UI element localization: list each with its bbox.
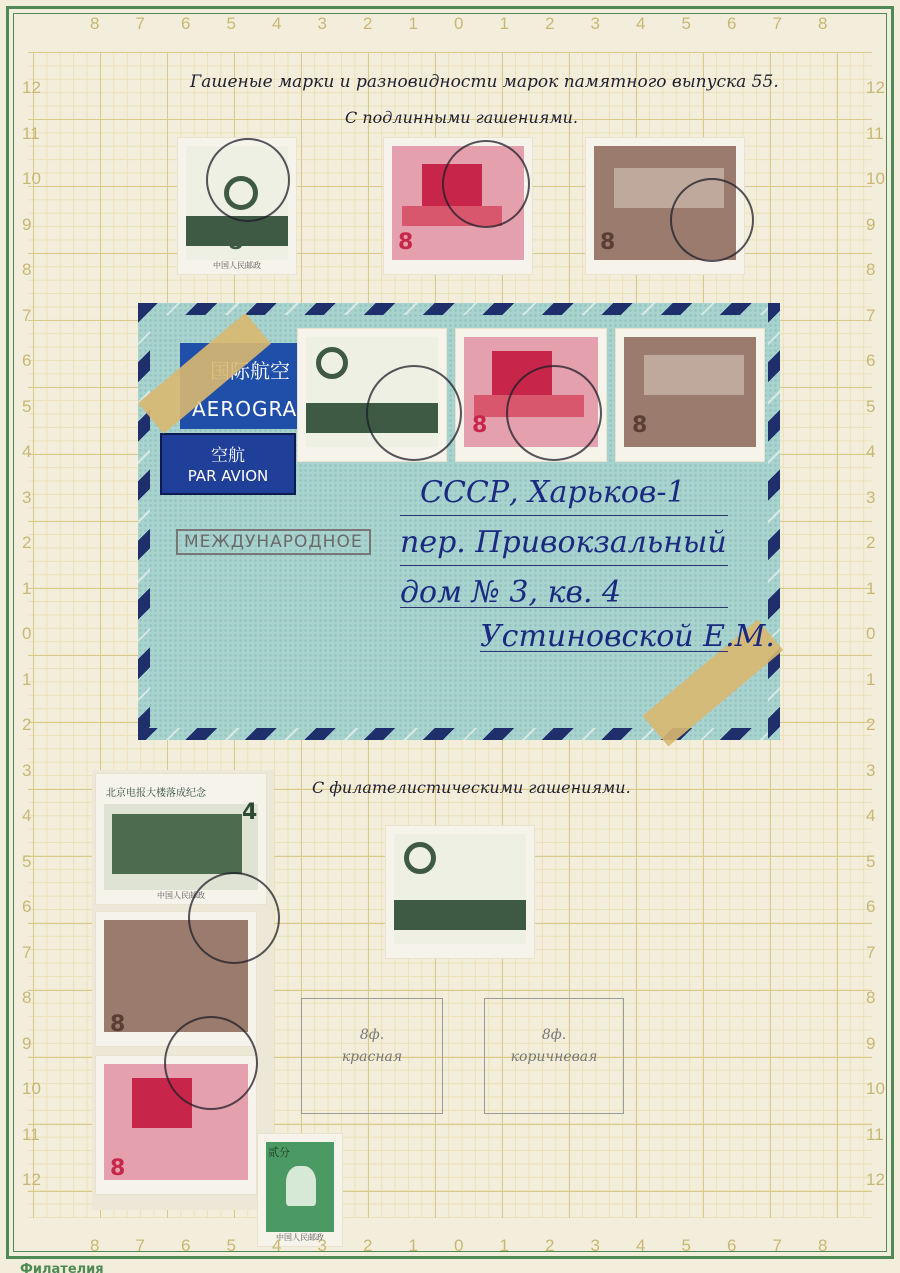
axis-number: 3	[318, 14, 327, 34]
axis-number: 4	[272, 14, 281, 34]
airmail-border-left	[138, 303, 150, 740]
axis-number: 3	[866, 488, 875, 508]
address-line-3: дом № 3, кв. 4	[400, 575, 621, 610]
axis-number: 6	[866, 351, 875, 371]
par-avion-label: 空航 PAR AVION	[160, 433, 296, 495]
axis-number: 6	[22, 897, 31, 917]
postmark	[164, 1016, 258, 1110]
axis-number: 5	[682, 14, 691, 34]
airmail-border-right	[768, 303, 780, 740]
address-line-4: Устиновской Е.М.	[480, 619, 775, 654]
axis-number: 2	[866, 533, 875, 553]
axis-number: 7	[773, 1236, 782, 1256]
postmark	[442, 140, 530, 228]
axis-number: 8	[22, 260, 31, 280]
axis-number: 11	[866, 124, 884, 144]
axis-number: 12	[866, 78, 885, 98]
axis-number: 2	[545, 14, 554, 34]
axis-number: 11	[866, 1125, 884, 1145]
axis-number: 6	[22, 351, 31, 371]
axis-number: 8	[90, 1236, 99, 1256]
axis-number: 3	[318, 1236, 327, 1256]
axis-number: 10	[866, 169, 885, 189]
address-line-2: пер. Привокзальный	[400, 525, 727, 560]
axis-number: 7	[866, 943, 875, 963]
axis-number: 6	[727, 14, 736, 34]
section-title-philatelic: С филателистическими гашениями.	[312, 778, 631, 797]
empty-slot-red: 8ф. красная	[301, 998, 443, 1114]
axis-number: 9	[866, 1034, 875, 1054]
album-page: Гашеные марки и разновидности марок памя…	[0, 0, 900, 1273]
axis-number: 4	[22, 806, 31, 826]
axis-number: 7	[773, 14, 782, 34]
axis-number: 2	[363, 14, 372, 34]
axis-number: 10	[866, 1079, 885, 1099]
airmail-border-top	[138, 303, 780, 315]
axis-number: 6	[181, 1236, 190, 1256]
axis-number: 4	[272, 1236, 281, 1256]
stamp-horsemen-top: 8	[586, 138, 744, 274]
axis-number: 12	[866, 1170, 885, 1190]
axis-number: 3	[22, 761, 31, 781]
axis-number: 3	[591, 14, 600, 34]
axis-number: 7	[22, 943, 31, 963]
empty-slot-brown: 8ф. коричневая	[484, 998, 624, 1114]
axis-number: 10	[22, 169, 41, 189]
axis-number: 5	[227, 14, 236, 34]
axis-number: 1	[500, 1236, 509, 1256]
postmark	[506, 365, 602, 461]
axis-number: 2	[363, 1236, 372, 1256]
axis-number: 8	[22, 988, 31, 1008]
axis-number: 0	[454, 14, 463, 34]
postmark	[188, 872, 280, 964]
footer-brand: Филателия	[20, 1262, 104, 1273]
axis-number: 8	[818, 1236, 827, 1256]
stamp-dragon-bottom: 8	[96, 1056, 256, 1194]
axis-number: 2	[22, 715, 31, 735]
axis-number: 9	[866, 215, 875, 235]
axis-number: 5	[866, 397, 875, 417]
axis-number: 0	[866, 624, 875, 644]
axis-number: 1	[866, 579, 875, 599]
postmark	[206, 138, 290, 222]
axis-number: 1	[22, 579, 31, 599]
postmark	[366, 365, 462, 461]
postmark	[670, 178, 754, 262]
axis-number: 5	[227, 1236, 236, 1256]
axis-number: 1	[22, 670, 31, 690]
axis-number: 0	[22, 624, 31, 644]
axis-number: 8	[818, 14, 827, 34]
stamp-industry-top: 8 中国人民邮政	[178, 138, 296, 274]
axis-number: 7	[136, 1236, 145, 1256]
axis-number: 3	[22, 488, 31, 508]
axis-number: 4	[636, 1236, 645, 1256]
address-line-1: СССР, Харьков-1	[420, 475, 686, 510]
axis-number: 3	[866, 761, 875, 781]
axis-number: 6	[727, 1236, 736, 1256]
axis-number: 9	[22, 215, 31, 235]
axis-number: 5	[682, 1236, 691, 1256]
aerogramme-envelope: 国际航空 AEROGRA 空航 PAR AVION МЕЖДУНАРОДНОЕ …	[138, 303, 780, 740]
stamp-industry-philatelic: 8	[386, 826, 534, 958]
axis-number: 6	[866, 897, 875, 917]
axis-number: 0	[454, 1236, 463, 1256]
international-cachet: МЕЖДУНАРОДНОЕ	[176, 529, 371, 555]
axis-number: 8	[90, 14, 99, 34]
axis-number: 9	[22, 1034, 31, 1054]
axis-number: 5	[22, 397, 31, 417]
page-title: Гашеные марки и разновидности марок памя…	[190, 72, 779, 92]
axis-number: 6	[181, 14, 190, 34]
axis-number: 12	[22, 1170, 41, 1190]
stamp-dragon-top: 8	[384, 138, 532, 274]
axis-number: 1	[500, 14, 509, 34]
axis-number: 5	[866, 852, 875, 872]
axis-number: 1	[409, 1236, 418, 1256]
envelope-stamp-horsemen: 8	[616, 329, 764, 461]
axis-number: 11	[22, 124, 40, 144]
axis-number: 2	[22, 533, 31, 553]
axis-number: 7	[866, 306, 875, 326]
stamp-worker: 贰分 中国人民邮政	[258, 1134, 342, 1246]
axis-number: 4	[866, 442, 875, 462]
axis-number: 1	[866, 670, 875, 690]
axis-number: 7	[22, 306, 31, 326]
axis-number: 4	[636, 14, 645, 34]
axis-number: 10	[22, 1079, 41, 1099]
axis-number: 3	[591, 1236, 600, 1256]
axis-number: 2	[545, 1236, 554, 1256]
axis-number: 4	[22, 442, 31, 462]
axis-number: 5	[22, 852, 31, 872]
axis-number: 8	[866, 988, 875, 1008]
axis-number: 11	[22, 1125, 40, 1145]
axis-number: 7	[136, 14, 145, 34]
axis-number: 2	[866, 715, 875, 735]
section-title-genuine: С подлинными гашениями.	[345, 108, 578, 127]
axis-number: 8	[866, 260, 875, 280]
axis-number: 4	[866, 806, 875, 826]
axis-number: 12	[22, 78, 41, 98]
axis-number: 1	[409, 14, 418, 34]
